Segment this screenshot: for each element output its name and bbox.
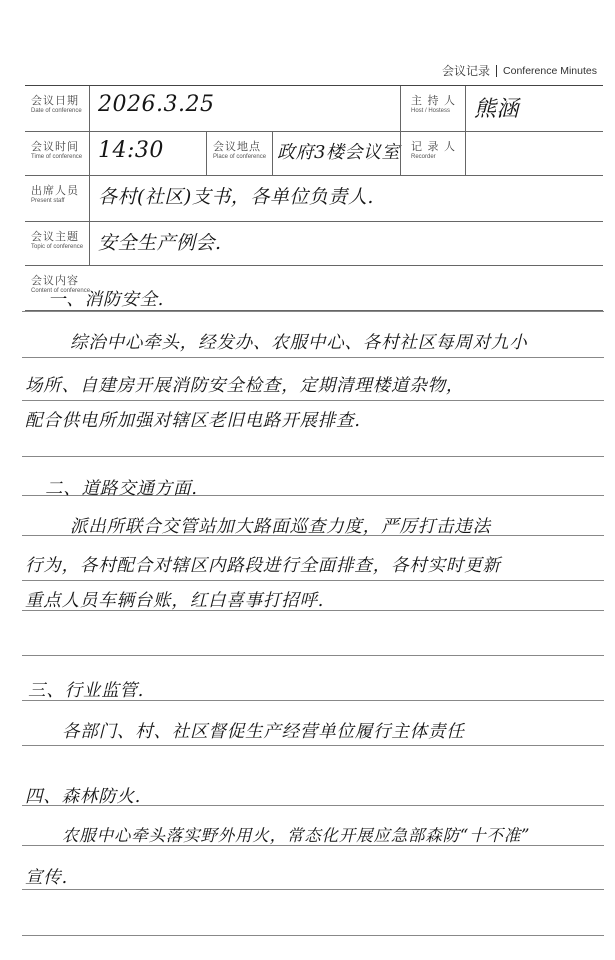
ruled-line: [22, 889, 604, 890]
host-value: 熊涵: [465, 86, 603, 131]
section-heading-road-traffic: 二、道路交通方面.: [45, 475, 198, 500]
document-brand: 会议记录 Conference Minutes: [442, 62, 597, 79]
time-label: 会议时间 Time of conference: [25, 132, 89, 175]
row-topic: 会议主题 Topic of conference 安全生产例会.: [25, 222, 603, 266]
ruled-line: [22, 745, 604, 746]
content-line: 农服中心牵头落实野外用火，常态化开展应急部森防“十不准”: [62, 822, 530, 846]
recorder-value: [465, 132, 603, 175]
topic-label: 会议主题 Topic of conference: [25, 222, 89, 265]
ruled-line: [22, 456, 604, 457]
brand-divider: [496, 65, 497, 77]
date-label: 会议日期 Date of conference: [25, 86, 89, 131]
section-heading-fire-safety: 一、消防安全.: [48, 286, 164, 311]
time-value: 14:30: [89, 132, 206, 175]
ruled-line: [22, 311, 604, 312]
brand-title-zh: 会议记录: [442, 62, 490, 79]
content-line: 配合供电所加强对辖区老旧电路开展排查.: [25, 407, 361, 432]
host-label: 主 持 人 Host / Hostess: [400, 86, 465, 131]
row-attendees: 出席人员 Present staff 各村(社区)支书，各单位负责人.: [25, 176, 603, 222]
brand-title-en: Conference Minutes: [503, 65, 597, 77]
place-label: 会议地点 Place of conference: [206, 132, 272, 175]
attendees-value: 各村(社区)支书，各单位负责人.: [89, 176, 603, 221]
recorder-label: 记 录 人 Recorder: [400, 132, 465, 175]
row-time-place-recorder: 会议时间 Time of conference 14:30 会议地点 Place…: [25, 132, 603, 176]
meeting-info-table: 会议日期 Date of conference 2026.3.25 主 持 人 …: [25, 85, 603, 311]
content-line: 场所、自建房开展消防安全检查，定期清理楼道杂物，: [25, 372, 464, 397]
attendees-label: 出席人员 Present staff: [25, 176, 89, 221]
content-line: 派出所联合交管站加大路面巡查力度，严厉打击违法: [70, 513, 491, 538]
content-line: 各部门、村、社区督促生产经营单位履行主体责任: [62, 718, 465, 743]
section-heading-forest-fire: 四、森林防火.: [25, 783, 141, 808]
section-heading-industry-supervision: 三、行业监管.: [28, 677, 144, 702]
date-value: 2026.3.25: [89, 86, 400, 131]
ruled-line: [22, 935, 604, 936]
ruled-line: [22, 357, 604, 358]
content-line: 综治中心牵头，经发办、农服中心、各村社区每周对九小: [70, 329, 528, 354]
place-value: 政府3楼会议室: [272, 132, 400, 175]
row-date-host: 会议日期 Date of conference 2026.3.25 主 持 人 …: [25, 86, 603, 132]
topic-value: 安全生产例会.: [89, 222, 603, 265]
content-line: 重点人员车辆台账，红白喜事打招呼.: [25, 587, 324, 612]
ruled-line: [22, 580, 604, 581]
ruled-line: [22, 655, 604, 656]
content-line: 宣传.: [25, 864, 68, 889]
content-line: 行为，各村配合对辖区内路段进行全面排查，各村实时更新: [25, 552, 501, 577]
ruled-line: [22, 400, 604, 401]
